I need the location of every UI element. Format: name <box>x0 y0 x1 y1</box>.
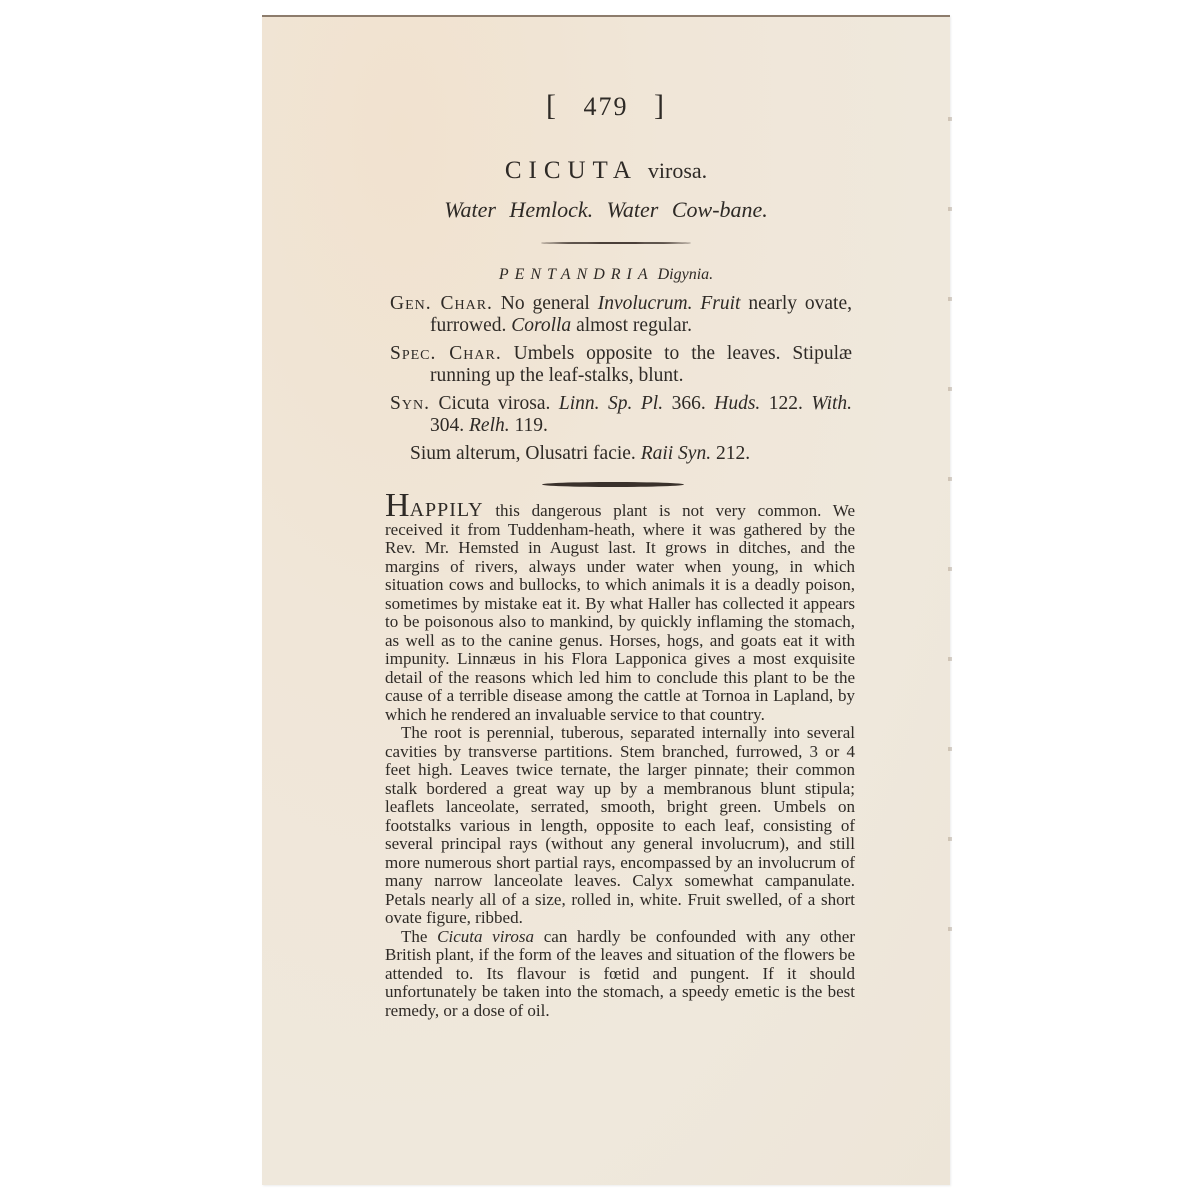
text: Cicuta virosa. <box>438 393 550 414</box>
citation: Linn. Sp. Pl. <box>559 393 663 414</box>
citation: Raii Syn. <box>641 443 711 464</box>
paragraph-1: HAPPILY this dangerous plant is not very… <box>385 497 855 724</box>
divider-rule-thick <box>542 482 684 487</box>
description-body: HAPPILY this dangerous plant is not very… <box>385 497 855 1020</box>
text: No general <box>501 293 590 314</box>
italic-term: Corolla <box>511 315 571 336</box>
italic-term: Fruit <box>700 293 740 314</box>
bracket-open: [ <box>546 89 558 122</box>
gen-char-label: Gen. Char. <box>390 293 493 314</box>
text: 366. <box>672 393 706 414</box>
drop-cap: H <box>385 487 410 524</box>
bracket-close: ] <box>654 89 666 122</box>
paragraph-2: The root is perennial, tuberous, separat… <box>385 724 855 928</box>
syn-label: Syn. <box>390 393 430 414</box>
species-name: virosa. <box>648 158 707 183</box>
text: 119. <box>514 415 547 436</box>
text: 212. <box>716 443 750 464</box>
order-name: Digynia. <box>658 266 714 283</box>
italic-term: Involucrum. <box>598 293 693 314</box>
paragraph-3: The Cicuta virosa can hardly be confound… <box>385 928 855 1021</box>
linnaean-classification: PENTANDRIA Digynia. <box>262 266 950 284</box>
text: 304. <box>430 415 464 436</box>
small-caps-opening: APPILY <box>410 499 484 521</box>
page-number: [ 479 ] <box>262 89 950 123</box>
plant-title: CICUTAvirosa. <box>262 157 950 185</box>
specific-character: Spec. Char. Umbels opposite to the leave… <box>390 343 852 387</box>
text: this dangerous plant is not very common.… <box>385 501 855 724</box>
common-names: Water Hemlock. Water Cow-bane. <box>262 197 950 223</box>
text: almost regular. <box>576 315 692 336</box>
synonym-sium: Sium alterum, Olusatri facie. Raii Syn. … <box>390 443 852 465</box>
book-page: [ 479 ] CICUTAvirosa. Water Hemlock. Wat… <box>262 15 950 1185</box>
synonyms: Syn. Cicuta virosa. Linn. Sp. Pl. 366. H… <box>390 393 852 437</box>
text: 122. <box>769 393 803 414</box>
citation: Relh. <box>469 415 510 436</box>
text: The <box>401 927 437 946</box>
divider-rule <box>541 242 691 244</box>
genus-name: CICUTA <box>505 157 638 184</box>
class-name: PENTANDRIA <box>499 266 654 283</box>
citation: Huds. <box>714 393 760 414</box>
text: Sium alterum, Olusatri facie. <box>410 443 636 464</box>
folio-number: 479 <box>584 92 629 121</box>
characters-block: Gen. Char. No general Involucrum. Fruit … <box>390 293 852 471</box>
italic-species: Cicuta virosa <box>437 927 534 946</box>
generic-character: Gen. Char. No general Involucrum. Fruit … <box>390 293 852 337</box>
spec-char-label: Spec. Char. <box>390 343 502 364</box>
citation: With. <box>811 393 852 414</box>
